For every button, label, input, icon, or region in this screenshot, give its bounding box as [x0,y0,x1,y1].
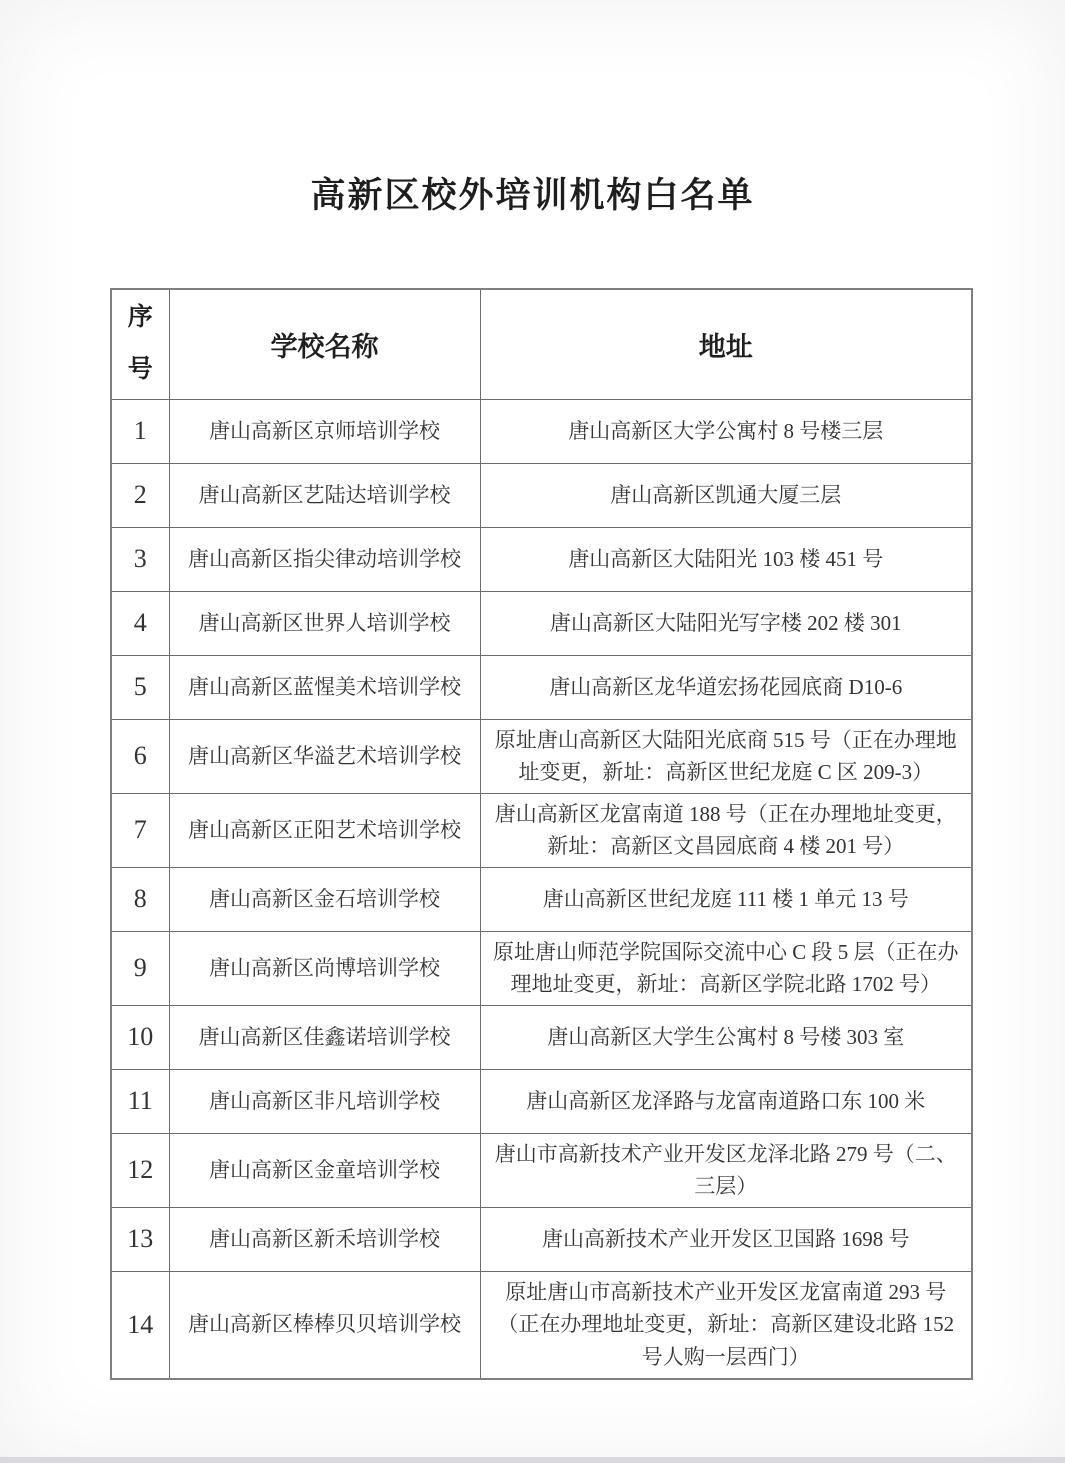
cell-school: 唐山高新区非凡培训学校 [169,1069,480,1133]
cell-address: 原址唐山高新区大陆阳光底商 515 号（正在办理地址变更，新址：高新区世纪龙庭 … [480,719,972,793]
cell-address: 唐山高新区龙华道宏扬花园底商 D10-6 [480,655,972,719]
table-row: 11唐山高新区非凡培训学校唐山高新区龙泽路与龙富南道路口东 100 米 [111,1069,972,1133]
cell-school: 唐山高新区世界人培训学校 [169,591,480,655]
whitelist-table: 序号 学校名称 地址 1唐山高新区京师培训学校唐山高新区大学公寓村 8 号楼三层… [110,288,973,1380]
cell-index: 7 [111,793,169,867]
cell-address: 唐山高新区世纪龙庭 111 楼 1 单元 13 号 [480,867,972,931]
cell-index: 9 [111,931,169,1005]
table-row: 2唐山高新区艺陆达培训学校唐山高新区凯通大厦三层 [111,463,972,527]
table-row: 9唐山高新区尚博培训学校原址唐山师范学院国际交流中心 C 段 5 层（正在办理地… [111,931,972,1005]
cell-index: 11 [111,1069,169,1133]
cell-address: 原址唐山市高新技术产业开发区龙富南道 293 号（正在办理地址变更，新址：高新区… [480,1271,972,1378]
table-row: 1唐山高新区京师培训学校唐山高新区大学公寓村 8 号楼三层 [111,399,972,463]
cell-index: 2 [111,463,169,527]
cell-index: 6 [111,719,169,793]
cell-school: 唐山高新区蓝惺美术培训学校 [169,655,480,719]
cell-address: 唐山高新区凯通大厦三层 [480,463,972,527]
cell-address: 唐山高新区大学生公寓村 8 号楼 303 室 [480,1005,972,1069]
cell-school: 唐山高新区佳鑫诺培训学校 [169,1005,480,1069]
table-row: 6唐山高新区华溢艺术培训学校原址唐山高新区大陆阳光底商 515 号（正在办理地址… [111,719,972,793]
cell-index: 12 [111,1133,169,1207]
cell-school: 唐山高新区棒棒贝贝培训学校 [169,1271,480,1378]
cell-school: 唐山高新区金童培训学校 [169,1133,480,1207]
cell-address: 唐山市高新技术产业开发区龙泽北路 279 号（二、三层） [480,1133,972,1207]
table-header: 序号 学校名称 地址 [111,289,972,399]
cell-index: 5 [111,655,169,719]
cell-address: 唐山高新区大陆阳光写字楼 202 楼 301 [480,591,972,655]
column-header-index-label: 序号 [123,292,157,397]
column-header-index: 序号 [111,289,169,399]
table-body: 1唐山高新区京师培训学校唐山高新区大学公寓村 8 号楼三层2唐山高新区艺陆达培训… [111,399,972,1379]
column-header-address: 地址 [480,289,972,399]
page-bottom-edge [0,1457,1065,1463]
page-title: 高新区校外培训机构白名单 [0,0,1065,218]
cell-address: 唐山高新区龙泽路与龙富南道路口东 100 米 [480,1069,972,1133]
cell-address: 唐山高新区大陆阳光 103 楼 451 号 [480,527,972,591]
cell-address: 原址唐山师范学院国际交流中心 C 段 5 层（正在办理地址变更，新址：高新区学院… [480,931,972,1005]
cell-school: 唐山高新区指尖律动培训学校 [169,527,480,591]
cell-school: 唐山高新区艺陆达培训学校 [169,463,480,527]
cell-address: 唐山高新区大学公寓村 8 号楼三层 [480,399,972,463]
table-row: 14唐山高新区棒棒贝贝培训学校原址唐山市高新技术产业开发区龙富南道 293 号（… [111,1271,972,1378]
cell-index: 3 [111,527,169,591]
table-row: 3唐山高新区指尖律动培训学校唐山高新区大陆阳光 103 楼 451 号 [111,527,972,591]
cell-school: 唐山高新区正阳艺术培训学校 [169,793,480,867]
cell-index: 10 [111,1005,169,1069]
cell-index: 14 [111,1271,169,1378]
cell-school: 唐山高新区金石培训学校 [169,867,480,931]
cell-index: 4 [111,591,169,655]
table-row: 8唐山高新区金石培训学校唐山高新区世纪龙庭 111 楼 1 单元 13 号 [111,867,972,931]
table-row: 4唐山高新区世界人培训学校唐山高新区大陆阳光写字楼 202 楼 301 [111,591,972,655]
cell-school: 唐山高新区新禾培训学校 [169,1207,480,1271]
table-row: 5唐山高新区蓝惺美术培训学校唐山高新区龙华道宏扬花园底商 D10-6 [111,655,972,719]
column-header-school: 学校名称 [169,289,480,399]
table-header-row: 序号 学校名称 地址 [111,289,972,399]
table-row: 13唐山高新区新禾培训学校唐山高新技术产业开发区卫国路 1698 号 [111,1207,972,1271]
cell-school: 唐山高新区华溢艺术培训学校 [169,719,480,793]
cell-index: 13 [111,1207,169,1271]
table-row: 7唐山高新区正阳艺术培训学校唐山高新区龙富南道 188 号（正在办理地址变更，新… [111,793,972,867]
table-row: 12唐山高新区金童培训学校唐山市高新技术产业开发区龙泽北路 279 号（二、三层… [111,1133,972,1207]
cell-school: 唐山高新区京师培训学校 [169,399,480,463]
cell-address: 唐山高新技术产业开发区卫国路 1698 号 [480,1207,972,1271]
cell-index: 8 [111,867,169,931]
table-row: 10唐山高新区佳鑫诺培训学校唐山高新区大学生公寓村 8 号楼 303 室 [111,1005,972,1069]
cell-index: 1 [111,399,169,463]
cell-school: 唐山高新区尚博培训学校 [169,931,480,1005]
cell-address: 唐山高新区龙富南道 188 号（正在办理地址变更，新址：高新区文昌园底商 4 楼… [480,793,972,867]
